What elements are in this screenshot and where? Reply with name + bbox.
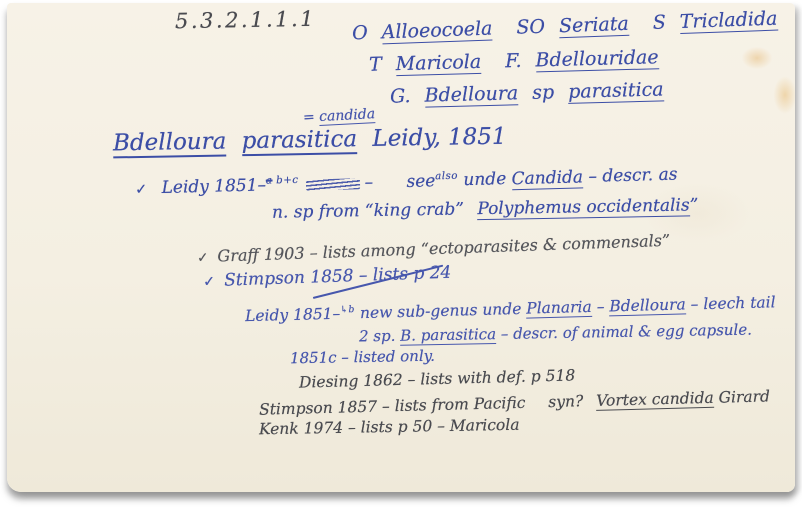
species-b-parasitica: B. parasitica: [400, 325, 496, 346]
host-note-lead: n. sp from “king crab”: [272, 199, 464, 222]
tribe-name: Maricola: [395, 51, 481, 76]
entry-stimpson-1857: Stimpson 1857 – lists from Pacific syn? …: [259, 389, 770, 418]
citation-leidy-1851: Leidy 1851–: [161, 175, 266, 198]
superscript-added: b+c: [276, 175, 299, 187]
entry-stimpson-1858: ✓Stimpson 1858 – lists p 24: [203, 265, 452, 291]
stimpson-1857-lead: Stimpson 1857 – lists from Pacific: [259, 394, 526, 419]
entry-diesing-1862: Diesing 1862 – lists with def. p 518: [299, 368, 576, 391]
title-genus: Bdelloura: [113, 128, 227, 158]
taxonomy-line-family: T Maricola F. Bdellouridae: [369, 48, 659, 75]
two-species-note: 2 sp.: [359, 327, 396, 346]
taxonomy-line-genus: G. Bdelloura sp parasitica: [390, 80, 664, 106]
genus-bdelloura: Bdelloura: [609, 296, 686, 317]
insertion-mark-b: ↳b: [340, 304, 355, 315]
rank-label-section: S: [652, 11, 666, 33]
entry-leidy-1851-continued: n. sp from “king crab” Polyphemus occide…: [272, 197, 699, 221]
card-title: Bdelloura parasitica Leidy, 1851: [113, 126, 507, 156]
entry-tail: – descr. as: [588, 165, 678, 187]
genus-planaria: Planaria: [526, 298, 592, 319]
equals-sign: =: [303, 109, 316, 126]
egg-capsule-note: – descr. of animal & egg capsule.: [501, 321, 752, 343]
title-authority: Leidy, 1851: [372, 124, 506, 152]
checkmark-icon: ✓: [135, 182, 147, 197]
superscript-struck: a: [266, 176, 273, 187]
synonym-correction: = candida: [303, 107, 376, 125]
under-word: unde: [463, 169, 506, 190]
citation-leidy-1851b: Leidy 1851–: [245, 305, 341, 325]
order-name: Alloeocoela: [381, 18, 492, 45]
graff-text: Graff 1903 – lists among “ectoparasites …: [217, 231, 670, 266]
entry-kenk-1974: Kenk 1974 – lists p 50 – Maricola: [259, 418, 520, 438]
closing-quote: ”: [689, 195, 698, 215]
taxonomy-line-order: O Alloeocoela SO Seriata S Tricladida: [352, 10, 778, 44]
host-binomial: Polyphemus occidentalis: [477, 195, 690, 220]
family-name: Bdellouridae: [535, 46, 659, 72]
authority-girard: Girard: [718, 387, 770, 406]
syn-question: syn?: [548, 392, 583, 411]
citation-stimpson-1858: Stimpson 1858: [224, 266, 354, 291]
synonym-vortex-candida: Vortex candida: [596, 389, 714, 411]
suborder-name: Seriata: [559, 13, 629, 38]
checkmark-icon: ✓: [203, 275, 216, 290]
rank-label-suborder: SO: [516, 16, 545, 39]
synonym-name: candida: [319, 106, 376, 126]
dash-after-strike: –: [364, 173, 373, 193]
species-name: parasitica: [568, 78, 664, 103]
section-name: Tricladida: [679, 8, 777, 34]
dash: –: [596, 298, 604, 316]
rank-label-family: F.: [505, 50, 522, 72]
rank-label-order: O: [352, 22, 368, 45]
entry-1851c: 1851c – listed only.: [290, 349, 435, 367]
title-species: parasitica: [241, 126, 357, 156]
entry-graff-1903: ✓Graff 1903 – lists among “ectoparasites…: [197, 233, 671, 266]
rank-label-tribe: T: [369, 53, 382, 75]
catalog-number: 5.3.2.1.1.1: [175, 9, 316, 32]
scanned-card-photo: 5.3.2.1.1.1 O Alloeocoela SO Seriata S T…: [0, 0, 802, 508]
checkmark-icon: ✓: [197, 252, 209, 266]
entry-leidy-1851b: Leidy 1851–↳b new sub-genus unde Planari…: [245, 294, 776, 325]
rank-label-genus: G.: [390, 85, 411, 108]
index-card: 5.3.2.1.1.1 O Alloeocoela SO Seriata S T…: [7, 3, 795, 492]
genus-name: Bdelloura: [424, 82, 518, 107]
entry-leidy-1851: ✓ Leidy 1851–a b+c– seealso unde Candida…: [135, 166, 678, 198]
inserted-also: also: [435, 171, 458, 183]
leech-tail-note: – leech tail: [690, 293, 775, 313]
synonym-candida: Candida: [511, 167, 583, 190]
entry-leidy-1851b-line2: 2 sp. B. parasitica – descr. of animal &…: [359, 323, 752, 345]
subgenus-note: new sub-genus unde: [360, 300, 522, 322]
see-word: see: [406, 171, 435, 192]
scribbled-out-word: [305, 178, 359, 190]
sp-abbreviation: sp: [532, 81, 554, 104]
